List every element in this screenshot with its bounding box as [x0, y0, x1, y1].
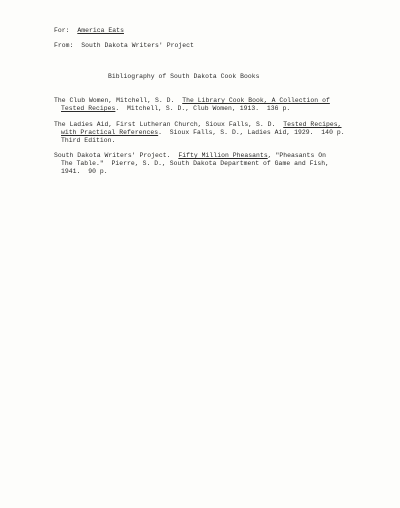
entry-details-cont: 1941. 90 p.	[61, 168, 108, 176]
entry-author: South Dakota Writers' Project.	[54, 152, 171, 159]
entry-author: The Ladies Aid, First Lutheran Church, S…	[54, 121, 275, 128]
entry-title: Fifty Million Pheasants	[178, 152, 267, 159]
for-line: For: America Eats	[54, 27, 124, 35]
entry-details: The Table." Pierre, S. D., South Dakota …	[61, 160, 329, 168]
entry-title-cont: with Practical References	[61, 129, 158, 136]
from-label: From:	[54, 42, 73, 49]
for-value: America Eats	[77, 27, 124, 34]
entry-title: Tested Recipes,	[283, 121, 341, 128]
entry-edition: Third Edition.	[61, 137, 115, 145]
for-label: For:	[54, 27, 70, 34]
from-line: From: South Dakota Writers' Project	[54, 42, 194, 50]
from-value: South Dakota Writers' Project	[81, 42, 194, 49]
entry-details: . Mitchell, S. D., Club Women, 1913. 136…	[115, 105, 290, 112]
entry-title-cont: Tested Recipes	[61, 105, 115, 112]
entry-author: The Club Women, Mitchell, S. D.	[54, 97, 174, 104]
entry-subtitle: , "Pheasants On	[268, 152, 326, 159]
entry-details: . Sioux Falls, S. D., Ladies Aid, 1929. …	[158, 129, 344, 136]
entry-title: The Library Cook Book, A Collection of	[182, 97, 330, 104]
document-title: Bibliography of South Dakota Cook Books	[108, 73, 260, 81]
